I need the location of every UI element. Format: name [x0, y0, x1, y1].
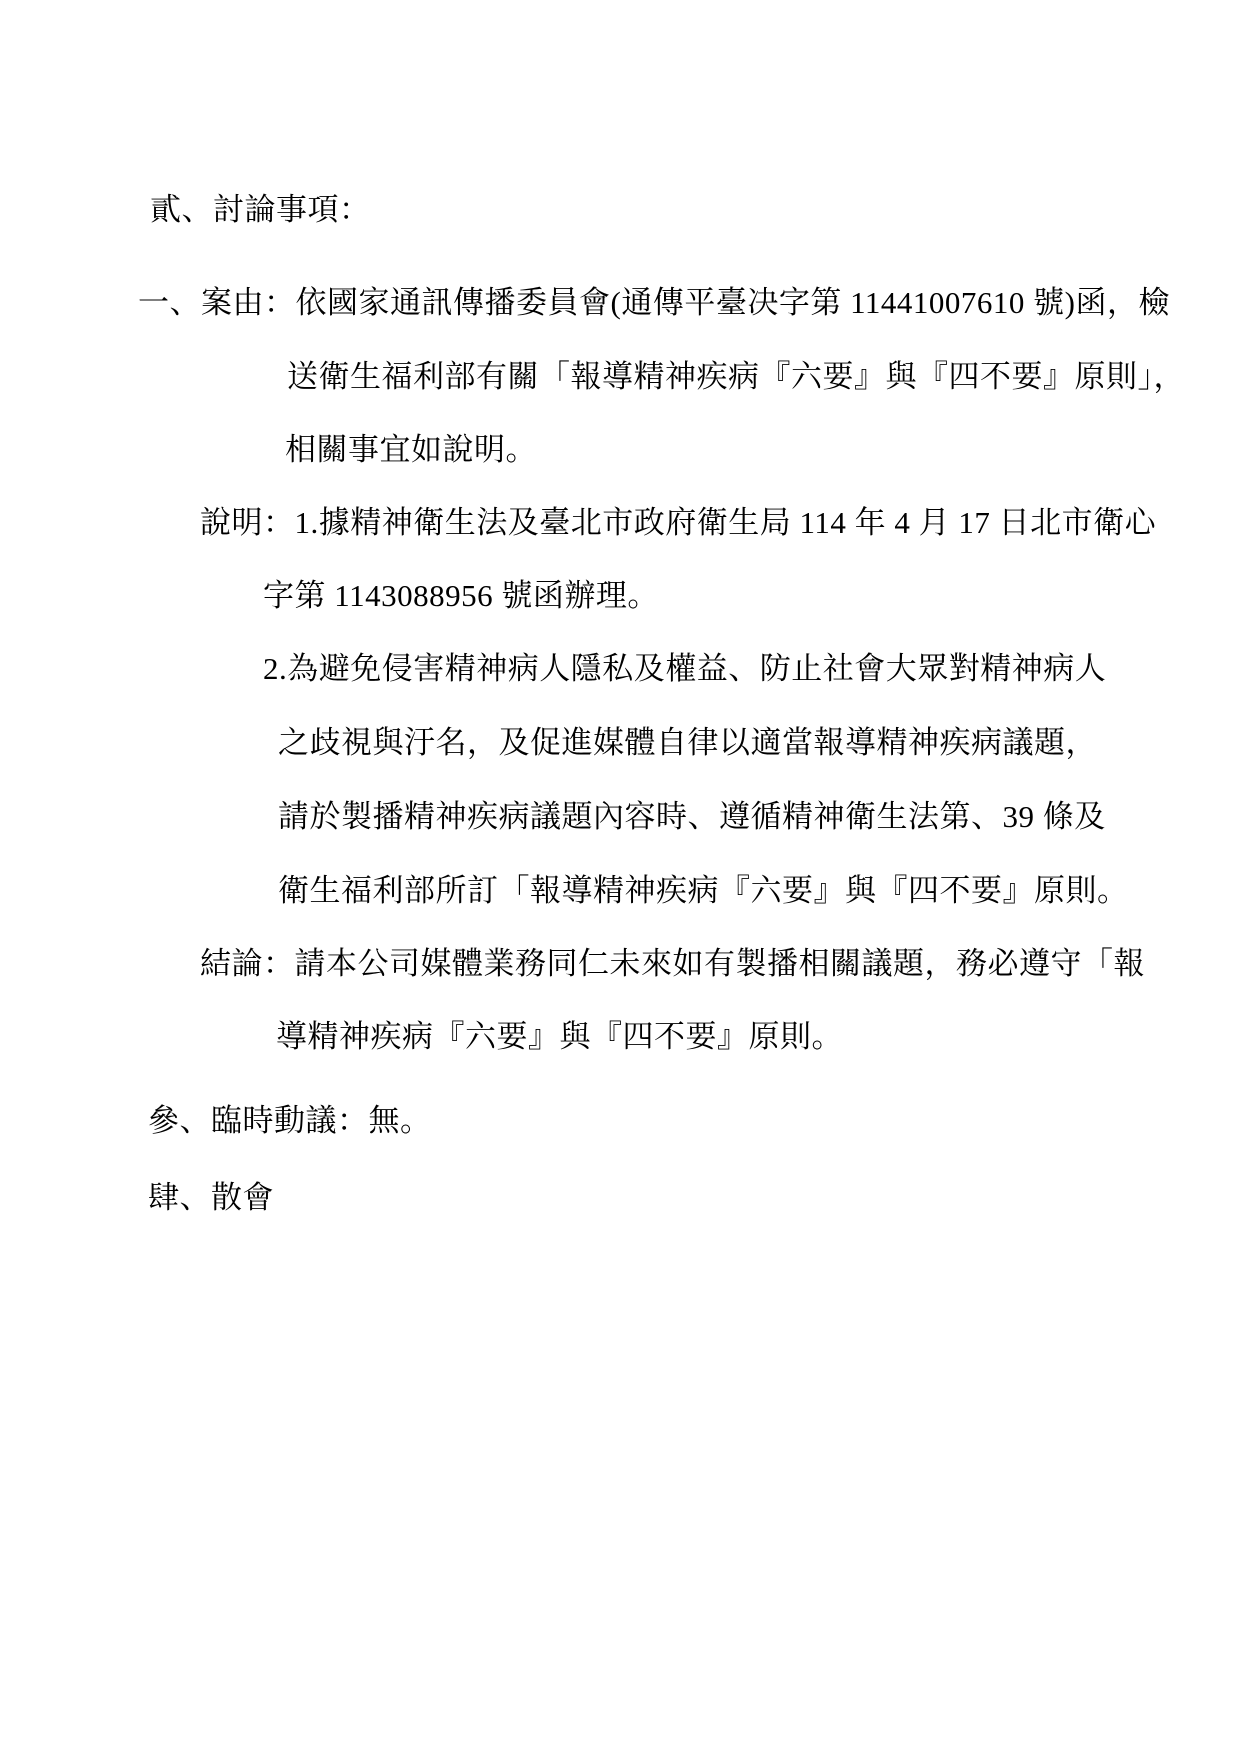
section-heading-discussion: 貳、討論事項： [150, 191, 371, 228]
case-item-line-3: 相關事宜如說明。 [285, 431, 537, 468]
section-heading-extempore-motion: 參、臨時動議：無。 [148, 1102, 432, 1139]
explanation-point-2-line-4: 衛生福利部所訂「報導精神疾病『六要』與『四不要』原則。 [278, 872, 1129, 909]
case-item-line-1: 一、案由：依國家通訊傳播委員會(通傳平臺决字第 11441007610 號)函，… [138, 284, 1170, 321]
explanation-point-2-line-3: 請於製播精神疾病議題內容時、遵循精神衛生法第、39 條及 [278, 798, 1106, 835]
section-heading-adjournment: 肆、散會 [148, 1179, 274, 1216]
explanation-point-2-line-1: 2.為避免侵害精神病人隱私及權益、防止社會大眾對精神病人 [263, 650, 1106, 687]
conclusion-line-1: 結論：請本公司媒體業務同仁未來如有製播相關議題，務必遵守「報 [200, 945, 1145, 982]
explanation-point-1-line-2: 字第 1143088956 號函辦理。 [263, 577, 659, 614]
conclusion-line-2: 導精神疾病『六要』與『四不要』原則。 [276, 1018, 843, 1055]
explanation-point-2-line-2: 之歧視與汙名，及促進媒體自律以適當報導精神疾病議題， [278, 724, 1097, 761]
document-page: 貳、討論事項： 一、案由：依國家通訊傳播委員會(通傳平臺决字第 11441007… [0, 0, 1241, 1754]
explanation-point-1-line-1: 說明：1.據精神衛生法及臺北市政府衛生局 114 年 4 月 17 日北市衛心 [200, 504, 1156, 541]
case-item-line-2: 送衛生福利部有關「報導精神疾病『六要』與『四不要』原則」， [287, 358, 1185, 395]
